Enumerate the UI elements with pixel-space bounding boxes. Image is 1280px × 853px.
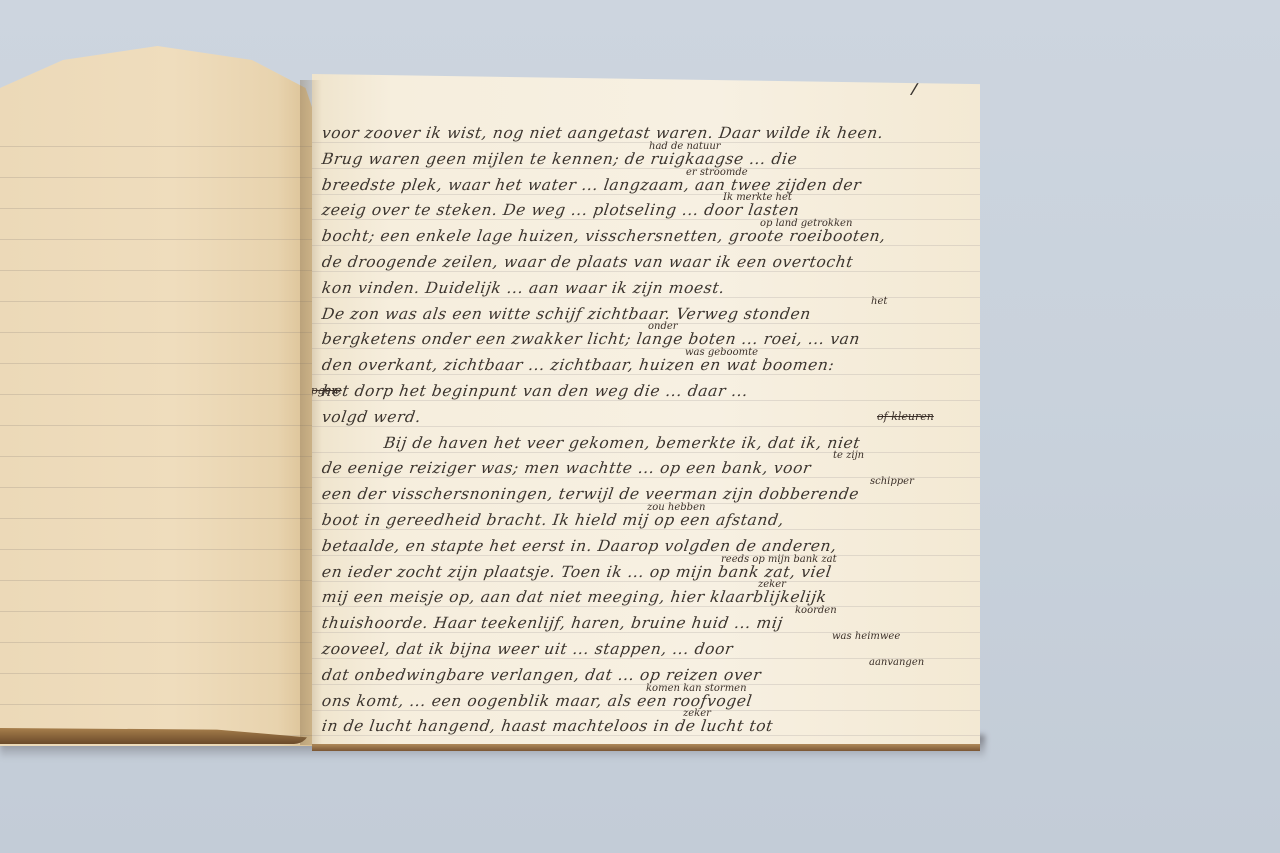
manuscript-line: en ieder zocht zijn plaatsje. Toen ik ..… [321, 563, 964, 581]
interlinear-insertion: koorden [795, 605, 837, 616]
interlinear-insertion: onder [648, 321, 678, 332]
interlinear-insertion: komen kan stormen [646, 683, 747, 694]
manuscript-line: de droogende zeilen, waar de plaats van … [321, 253, 964, 271]
ruled-line [312, 735, 980, 736]
right-page-manuscript: 7 voor zoover ik wist, nog niet aangetas… [312, 74, 980, 746]
ruled-line [0, 208, 315, 209]
interlinear-insertion: zeker [758, 579, 786, 590]
ruled-line [312, 529, 980, 530]
ruled-line [0, 177, 315, 178]
interlinear-insertion: reeds op mijn bank zat [721, 554, 837, 565]
interlinear-insertion: zeker [683, 708, 711, 719]
manuscript-line: Brug waren geen mijlen te kennen; de rui… [321, 150, 964, 168]
ruled-line [0, 704, 315, 705]
manuscript-line: thuishoorde. Haar teekenlijf, haren, bru… [321, 614, 964, 632]
manuscript-line: ons komt, ... een oogenblik maar, als ee… [321, 692, 964, 710]
manuscript-line: betaalde, en stapte het eerst in. Daarop… [321, 537, 964, 555]
manuscript-line: bergketens onder een zwakker licht; lang… [321, 330, 964, 348]
ruled-line [0, 642, 315, 643]
manuscript-line: de eenige reiziger was; men wachtte ... … [321, 459, 964, 477]
manuscript-line: in de lucht hangend, haast machteloos in… [321, 717, 964, 735]
interlinear-insertion: er stroomde [686, 167, 748, 178]
interlinear-insertion: zou hebben [647, 502, 705, 513]
ruled-line [0, 456, 315, 457]
ruled-line [312, 271, 980, 272]
margin-note-right: of kleuren [877, 410, 934, 423]
ruled-line [0, 425, 315, 426]
ruled-line [312, 245, 980, 246]
manuscript-line: zooveel, dat ik bijna weer uit ... stapp… [321, 640, 964, 658]
ruled-line [0, 332, 315, 333]
manuscript-line: den overkant, zichtbaar ... zichtbaar, h… [321, 356, 964, 374]
interlinear-insertion: Ik merkte het [723, 192, 792, 203]
ruled-line [0, 363, 315, 364]
ruled-line [0, 487, 315, 488]
ruled-line [312, 761, 980, 762]
ruled-line [0, 673, 315, 674]
ruled-line [0, 146, 315, 147]
ruled-line [0, 518, 315, 519]
interlinear-insertion: te zijn [833, 450, 864, 461]
manuscript-line: dat onbedwingbare verlangen, dat ... op … [321, 666, 964, 684]
ruled-line [312, 348, 980, 349]
ruled-line [0, 301, 315, 302]
manuscript-line: De zon was als een witte schijf zichtbaa… [321, 305, 964, 323]
ruled-line [0, 580, 315, 581]
manuscript-line: kon vinden. Duidelijk ... aan waar ik zi… [321, 279, 964, 297]
ruled-line [0, 611, 315, 612]
notebook-photo: 7 voor zoover ik wist, nog niet aangetas… [0, 0, 1280, 853]
manuscript-line: boot in gereedheid bracht. Ik hield mij … [321, 511, 964, 529]
ruled-line [0, 549, 315, 550]
ruled-line [312, 219, 980, 220]
ruled-line [312, 787, 980, 788]
interlinear-insertion: op land getrokken [760, 218, 852, 229]
interlinear-insertion: schipper [870, 476, 914, 487]
book-gutter [300, 80, 322, 745]
ruled-line [312, 400, 980, 401]
ruled-line [0, 394, 315, 395]
interlinear-insertion: het [871, 296, 887, 307]
left-page-blank [0, 46, 315, 746]
interlinear-insertion: had de natuur [649, 141, 721, 152]
ruled-line [0, 239, 315, 240]
right-page-stack-edge [312, 744, 980, 751]
manuscript-line: voor zoover ik wist, nog niet aangetast … [321, 124, 964, 142]
interlinear-insertion: was geboomte [685, 347, 758, 358]
ruled-line [312, 374, 980, 375]
ruled-line [312, 142, 980, 143]
manuscript-line: Bij de haven het veer gekomen, bemerkte … [383, 434, 1026, 452]
ruled-line [312, 503, 980, 504]
page-number: 7 [907, 76, 921, 101]
manuscript-line: het dorp het beginpunt van den weg die .… [321, 382, 964, 400]
interlinear-insertion: aanvangen [869, 657, 924, 668]
interlinear-insertion: was heimwee [832, 631, 900, 642]
manuscript-line: zeeig over te steken. De weg ... plotsel… [321, 201, 964, 219]
manuscript-line: bocht; een enkele lage huizen, visschers… [321, 227, 964, 245]
manuscript-line: een der visschersnoningen, terwijl de ve… [321, 485, 964, 503]
manuscript-line: breedste plek, waar het water ... langza… [321, 176, 964, 194]
ruled-line [0, 270, 315, 271]
manuscript-line: mij een meisje op, aan dat niet meeging,… [321, 588, 964, 606]
manuscript-line: volgd werd. [321, 408, 964, 426]
ruled-line [312, 606, 980, 607]
